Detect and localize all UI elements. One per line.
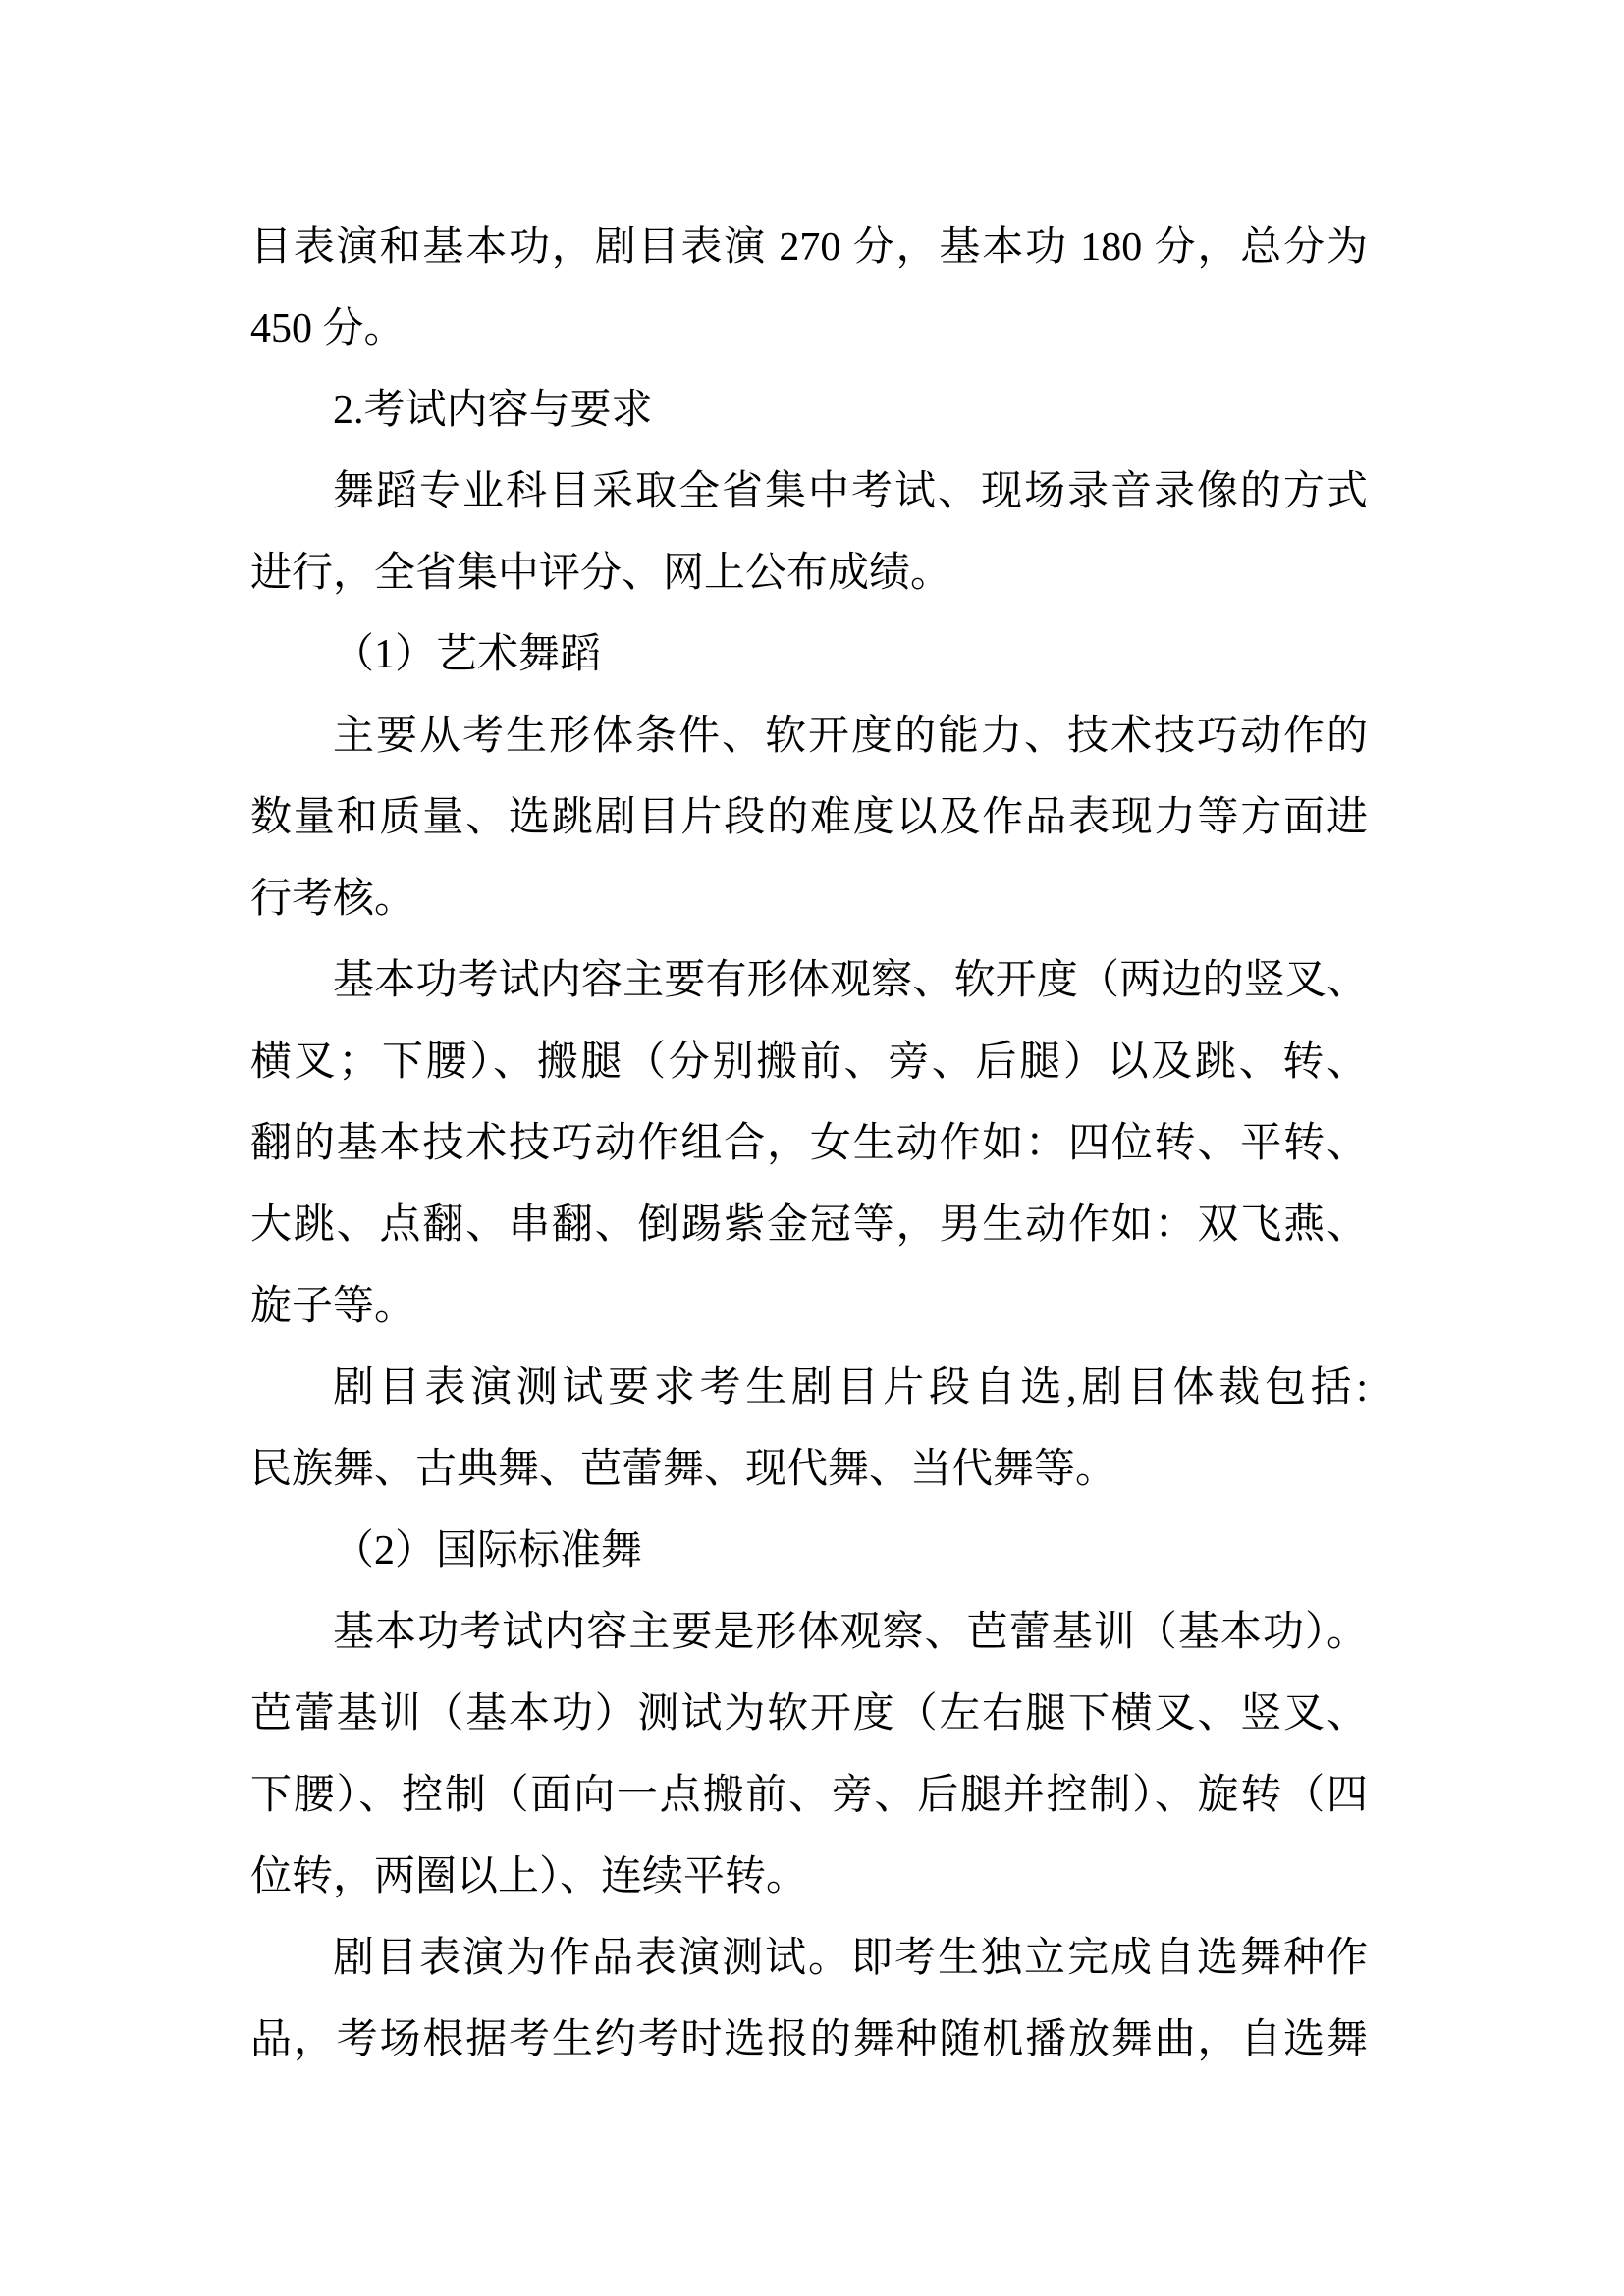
text-line: 品，考场根据考生约考时选报的舞种随机播放舞曲，自选舞: [250, 2000, 1368, 2081]
text-line: 2.考试内容与要求: [250, 370, 1368, 452]
text-line: 剧目表演测试要求考生剧目片段自选,剧目体裁包括:: [250, 1348, 1368, 1429]
text-line: 下腰）、控制（面向一点搬前、旁、后腿并控制）、旋转（四: [250, 1755, 1368, 1837]
document-body: 目表演和基本功，剧目表演 270 分，基本功 180 分，总分为450 分。2.…: [250, 207, 1368, 2081]
text-line: 剧目表演为作品表演测试。即考生独立完成自选舞种作: [250, 1918, 1368, 2000]
text-line: 舞蹈专业科目采取全省集中考试、现场录音录像的方式: [250, 452, 1368, 533]
text-line: （2）国际标准舞: [250, 1511, 1368, 1592]
text-line: 旋子等。: [250, 1266, 1368, 1348]
text-line: 数量和质量、选跳剧目片段的难度以及作品表现力等方面进: [250, 777, 1368, 859]
text-line: 基本功考试内容主要有形体观察、软开度（两边的竖叉、: [250, 940, 1368, 1022]
text-line: 翻的基本技术技巧动作组合，女生动作如：四位转、平转、: [250, 1103, 1368, 1185]
document-page: 目表演和基本功，剧目表演 270 分，基本功 180 分，总分为450 分。2.…: [0, 0, 1624, 2296]
text-line: 进行，全省集中评分、网上公布成绩。: [250, 533, 1368, 614]
text-line: 目表演和基本功，剧目表演 270 分，基本功 180 分，总分为: [250, 207, 1368, 289]
text-line: 横叉；下腰）、搬腿（分别搬前、旁、后腿）以及跳、转、: [250, 1022, 1368, 1103]
text-line: 主要从考生形体条件、软开度的能力、技术技巧动作的: [250, 696, 1368, 777]
text-line: 大跳、点翻、串翻、倒踢紫金冠等，男生动作如：双飞燕、: [250, 1185, 1368, 1266]
text-line: 行考核。: [250, 859, 1368, 940]
text-line: 民族舞、古典舞、芭蕾舞、现代舞、当代舞等。: [250, 1429, 1368, 1511]
text-line: 基本功考试内容主要是形体观察、芭蕾基训（基本功）。: [250, 1592, 1368, 1674]
text-line: 芭蕾基训（基本功）测试为软开度（左右腿下横叉、竖叉、: [250, 1674, 1368, 1755]
text-line: 450 分。: [250, 289, 1368, 370]
text-line: （1）艺术舞蹈: [250, 614, 1368, 696]
text-line: 位转，两圈以上）、连续平转。: [250, 1837, 1368, 1918]
